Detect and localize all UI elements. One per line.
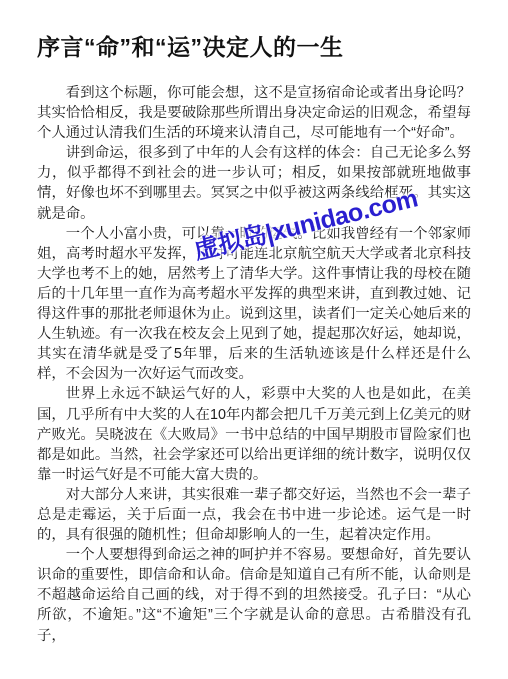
paragraph: 对大部分人来讲，其实很难一辈子都交好运，当然也不会一辈子总是走霉运，关于后面一点… <box>37 485 471 545</box>
paragraph: 看到这个标题，你可能会想，这不是宣扬宿命论或者出身论吗？其实恰恰相反，我是要破除… <box>37 83 471 143</box>
paragraph: 一个人要想得到命运之神的呵护并不容易。要想命好，首先要认识命的重要性，即信命和认… <box>37 545 471 645</box>
page-title: 序言“命”和“运”决定人的一生 <box>37 31 344 63</box>
document-body: 看到这个标题，你可能会想，这不是宣扬宿命论或者出身论吗？其实恰恰相反，我是要破除… <box>37 83 471 646</box>
paragraph: 世界上永远不缺运气好的人，彩票中大奖的人也是如此，在美国，几乎所有中大奖的人在1… <box>37 384 471 484</box>
document-page: 序言“命”和“运”决定人的一生 看到这个标题，你可能会想，这不是宣扬宿命论或者出… <box>0 0 508 679</box>
